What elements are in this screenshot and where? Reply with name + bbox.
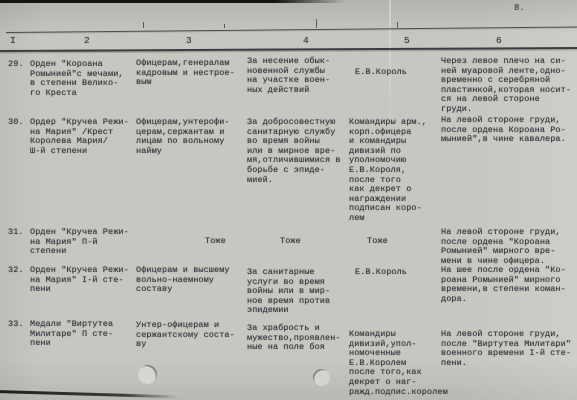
- row-30-merit: За добросовестную санитарную службу во в…: [247, 118, 347, 185]
- row-30-awarder: Командиры арм., корп.офицера и командиры…: [349, 118, 437, 224]
- column-header-5: 5: [404, 35, 410, 46]
- tick-mark: [143, 22, 144, 28]
- page-number: 8.: [514, 3, 525, 13]
- row-31-order: Орден "Кручеа Режи- на Мария" П-й степен…: [30, 228, 136, 257]
- scan-top-edge: [0, 0, 345, 3]
- row-29-merit: За несение обык- новенной службы на учас…: [247, 57, 347, 95]
- row-30-order: Ордер "Кручеа Режи- на Мария" /Крест Кор…: [30, 118, 136, 156]
- column-header-6: 6: [496, 35, 502, 46]
- row-31-number: 31.: [8, 228, 32, 238]
- row-33-order: Медали "Виртутеа Милитаре" П сте- пени: [30, 320, 136, 349]
- row-30-wearing: На левой стороне груди, после ордена Кор…: [441, 116, 576, 145]
- row-33-recipients: Унтер-офицерам и сержантскому соста- ву: [136, 321, 252, 350]
- row-32-wearing: На шее после ордена "Ко- роана Ромынией"…: [441, 266, 576, 304]
- row-31-wearing: На левой стороне груди, после ордена "Ко…: [441, 228, 576, 266]
- column-header-4: 4: [303, 35, 309, 46]
- scanned-page: 8. I 2 3 4 5 6 29. Орден "Короана Ромыни…: [0, 0, 577, 400]
- row-29-awarder: Е.В.Король: [355, 68, 439, 78]
- tick-mark: [316, 19, 317, 28]
- row-29-number: 29.: [8, 60, 32, 70]
- punch-hole: [313, 369, 330, 386]
- column-header-2: 2: [84, 35, 90, 46]
- row-33-number: 33.: [8, 320, 32, 330]
- row-31-merit: Тоже: [280, 237, 320, 247]
- scan-bottom-edge: [0, 390, 178, 398]
- row-32-merit: За санитарные услуги во время войны или …: [247, 268, 347, 316]
- row-32-number: 32.: [8, 266, 32, 276]
- row-33-awarder: Командиры дивизий,упол- номоченные Е.В.К…: [349, 330, 441, 397]
- column-header-1: I: [10, 35, 16, 46]
- tick-mark: [397, 22, 398, 28]
- row-30-recipients: Офицерам,унтерофи- церам,сержантам и лиц…: [136, 118, 248, 156]
- row-29-order: Орден "Короана Ромынией"с мечами, в степ…: [30, 60, 136, 98]
- header-top-rule: [6, 27, 577, 33]
- row-32-awarder: Е.В.Король: [355, 268, 439, 278]
- row-29-wearing: Через левое плечо на си- ней муаровой ле…: [441, 57, 576, 115]
- header-bottom-rule: [0, 47, 577, 52]
- paper-fold-line: [389, 0, 391, 130]
- row-33-wearing: На левой стороне груди, после "Виртутеа …: [441, 330, 577, 368]
- row-32-recipients: Офицерам и высшему вольно-наемному соста…: [136, 266, 248, 295]
- punch-hole: [138, 365, 157, 384]
- row-32-order: Орден "Кручеа Режи- на Мария" I-й сте- п…: [30, 266, 136, 295]
- row-31-recipients: Тоже: [205, 237, 245, 247]
- column-header-3: 3: [186, 35, 192, 46]
- row-30-number: 30.: [8, 118, 32, 128]
- row-33-merit: За храбрость и мужество,проявлен- ные на…: [247, 324, 347, 353]
- tick-mark: [224, 24, 225, 28]
- row-29-recipients: Офицерам,генералам кадровым и нестрое- в…: [136, 59, 248, 88]
- row-31-awarder: Тоже: [367, 237, 407, 247]
